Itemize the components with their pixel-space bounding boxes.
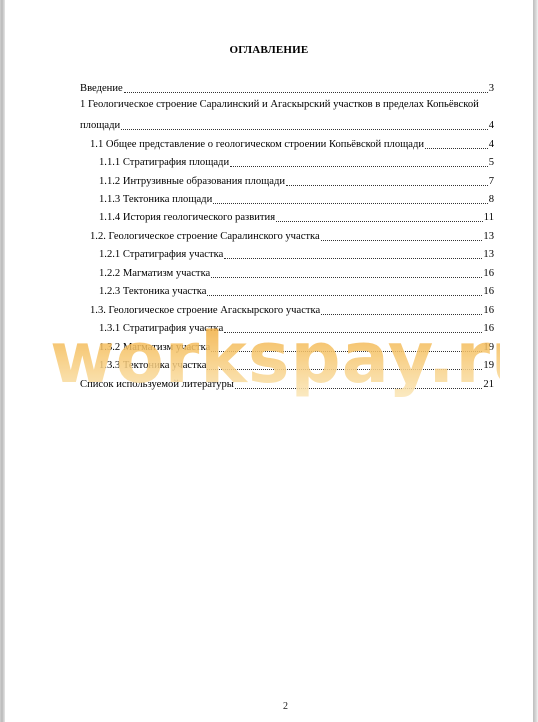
toc-entry-label-line1[interactable]: 1 Геологическое строение Саралинский и А… [80, 98, 479, 111]
toc-entry-page: 19 [483, 359, 494, 372]
toc-entry[interactable]: 1.3.1 Стратиграфия участка 16 [99, 319, 494, 335]
toc-entry-page: 8 [489, 193, 494, 206]
toc-leader-dots [276, 220, 483, 222]
toc-entry-label: 1.3. Геологическое строение Агаскырского… [90, 304, 320, 317]
toc-entry[interactable]: 1.2. Геологическое строение Саралинского… [90, 227, 494, 243]
toc-entry-page: 21 [483, 378, 494, 391]
toc-leader-dots [121, 128, 488, 130]
toc-entry-page: 13 [483, 248, 494, 261]
toc-entry[interactable]: 1.3.3 Тектоника участка 19 [99, 356, 494, 372]
toc-entry-page: 16 [483, 267, 494, 280]
toc-entry[interactable]: 1.2.3 Тектоника участка 16 [99, 282, 494, 298]
toc-leader-dots [286, 184, 488, 186]
toc-entry[interactable]: 1.1.3 Тектоника площади 8 [99, 190, 494, 206]
toc-entry-label: Введение [80, 82, 123, 95]
toc-entry[interactable]: 1.3.2 Магматизм участка 19 [99, 338, 494, 354]
table-of-contents: Введение 3 1 Геологическое строение Сара… [0, 0, 538, 722]
toc-entry-page: 5 [489, 156, 494, 169]
toc-leader-dots [207, 368, 482, 370]
toc-leader-dots [321, 239, 483, 241]
toc-entry[interactable]: 1.1.4 История геологического развития 11 [99, 208, 494, 224]
toc-entry-label: 1.1.4 История геологического развития [99, 211, 275, 224]
toc-entry-page: 7 [489, 175, 494, 188]
toc-leader-dots [224, 257, 482, 259]
toc-entry-label: 1.2.3 Тектоника участка [99, 285, 206, 298]
toc-entry-label: 1.3.1 Стратиграфия участка [99, 322, 223, 335]
toc-entry-page: 11 [484, 211, 494, 224]
toc-entry-label: 1.3.3 Тектоника участка [99, 359, 206, 372]
toc-entry-page: 4 [489, 138, 494, 151]
toc-entry-label: площади [80, 119, 120, 132]
toc-entry-label: 1.2. Геологическое строение Саралинского… [90, 230, 320, 243]
toc-entry[interactable]: 1.2.1 Стратиграфия участка 13 [99, 245, 494, 261]
toc-entry[interactable]: 1.3. Геологическое строение Агаскырского… [90, 301, 494, 317]
toc-entry-page: 4 [489, 119, 494, 132]
toc-leader-dots [230, 165, 488, 167]
toc-entry-label: 1.2.1 Стратиграфия участка [99, 248, 223, 261]
toc-entry[interactable]: Введение 3 [80, 79, 494, 95]
toc-entry-label: 1.1.3 Тектоника площади [99, 193, 212, 206]
toc-entry-page: 16 [483, 322, 494, 335]
toc-entry[interactable]: 1.2.2 Магматизм участка 16 [99, 264, 494, 280]
toc-leader-dots [224, 331, 482, 333]
toc-entry-label: 1.2.2 Магматизм участка [99, 267, 210, 280]
toc-entry-label: 1.3.2 Магматизм участка [99, 341, 210, 354]
toc-entry[interactable]: Список используемой литературы 21 [80, 375, 494, 391]
toc-entry-label: 1.1.1 Стратиграфия площади [99, 156, 229, 169]
page-number: 2 [283, 701, 288, 712]
toc-entry-label: Список используемой литературы [80, 378, 234, 391]
toc-leader-dots [425, 147, 488, 149]
toc-entry-page: 16 [483, 304, 494, 317]
toc-entry[interactable]: площади 4 [80, 116, 494, 132]
toc-entry[interactable]: 1.1 Общее представление о геологическом … [90, 135, 494, 151]
toc-entry-label: 1.1.2 Интрузивные образования площади [99, 175, 285, 188]
toc-entry[interactable]: 1.1.2 Интрузивные образования площади 7 [99, 172, 494, 188]
toc-leader-dots [213, 202, 487, 204]
toc-entry-page: 13 [483, 230, 494, 243]
toc-entry-page: 16 [483, 285, 494, 298]
toc-leader-dots [235, 387, 483, 389]
toc-entry-page: 19 [483, 341, 494, 354]
toc-leader-dots [124, 91, 488, 93]
toc-leader-dots [207, 294, 482, 296]
toc-entry-page: 3 [489, 82, 494, 95]
toc-leader-dots [211, 276, 482, 278]
toc-entry[interactable]: 1.1.1 Стратиграфия площади 5 [99, 153, 494, 169]
toc-entry-label: 1.1 Общее представление о геологическом … [90, 138, 424, 151]
toc-leader-dots [211, 350, 482, 352]
toc-leader-dots [321, 313, 482, 315]
